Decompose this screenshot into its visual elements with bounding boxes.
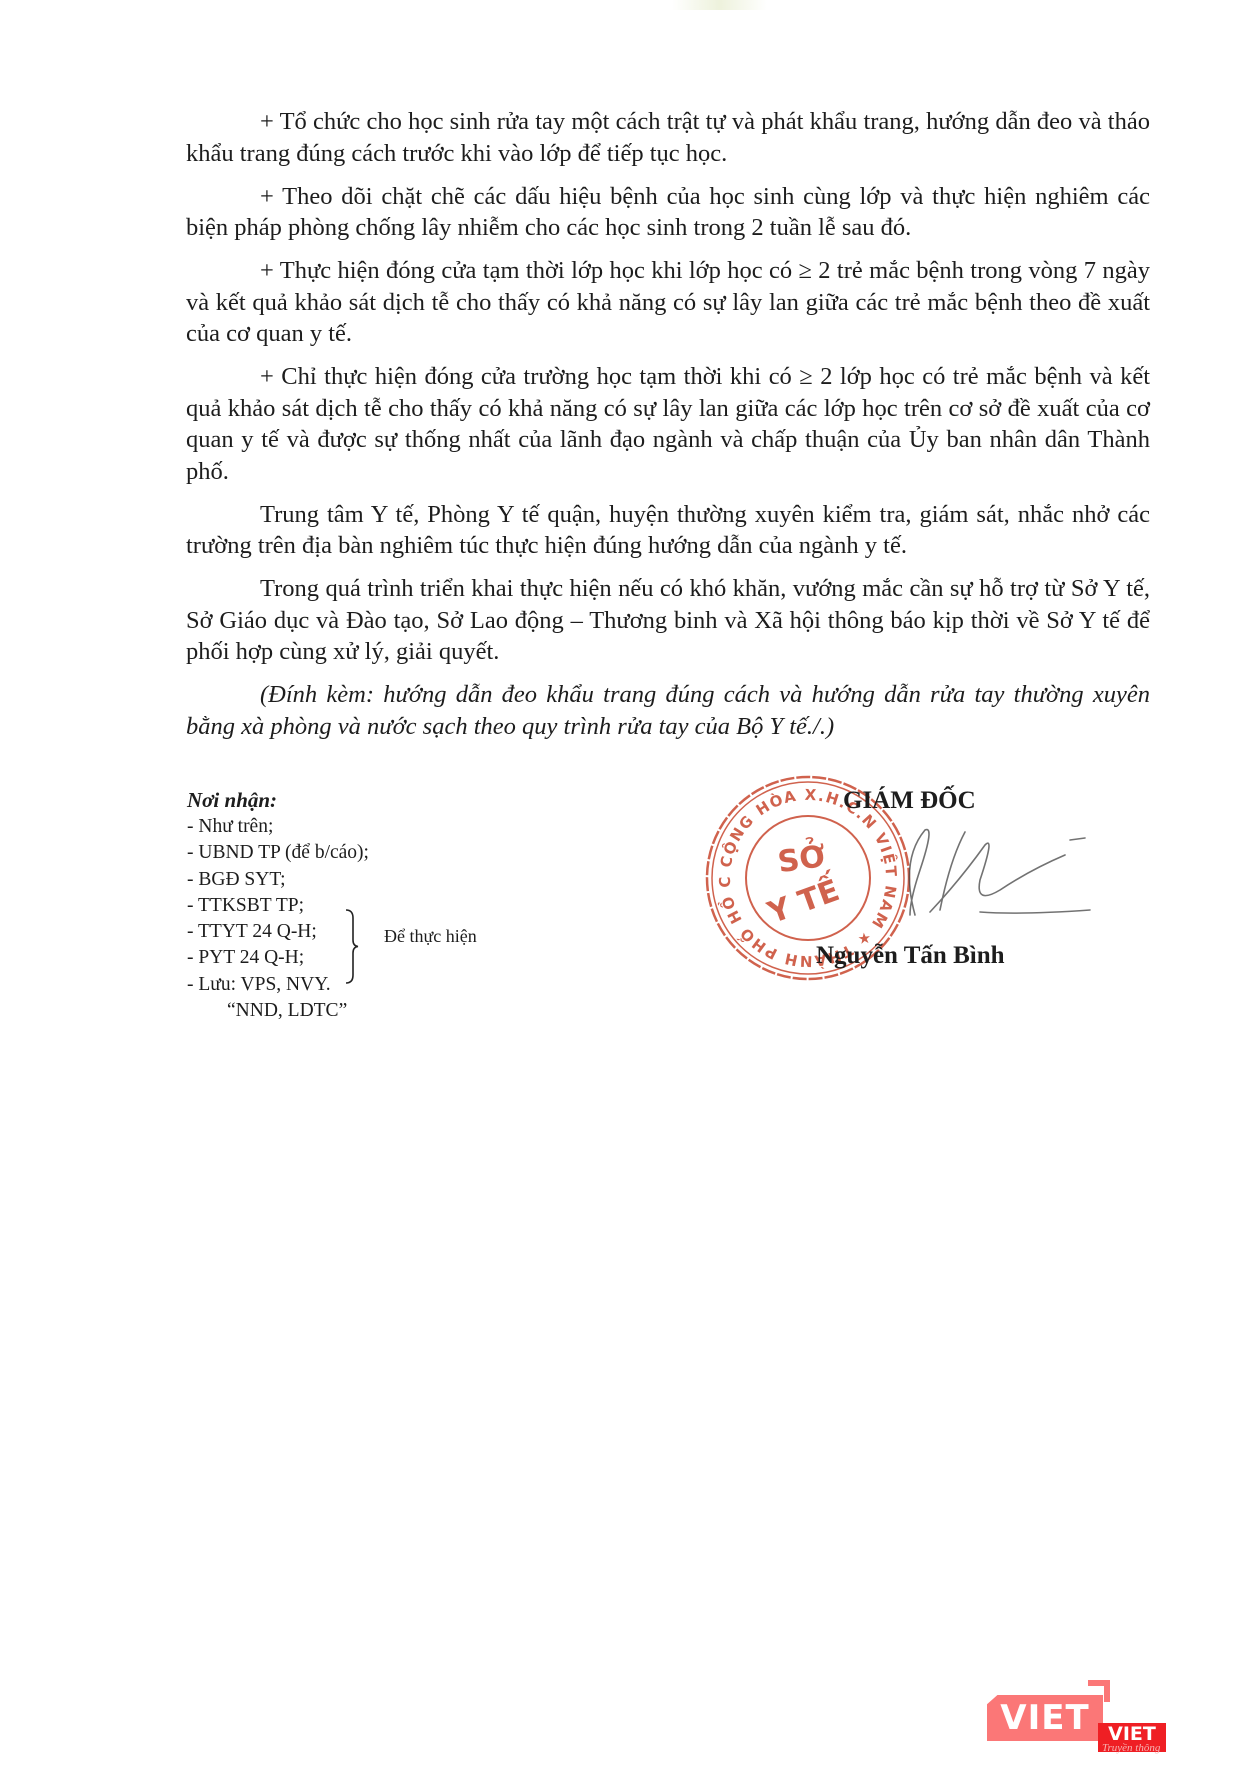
paragraph-inspection: Trung tâm Y tế, Phòng Y tế quận, huyện t… — [186, 499, 1150, 562]
stamp-center-line2: Y TẾ — [761, 868, 845, 931]
paragraph-monitoring: + Theo dõi chặt chẽ các dấu hiệu bệnh củ… — [186, 181, 1150, 244]
group-label: Để thực hiện — [384, 926, 477, 947]
paragraph-handwashing: + Tổ chức cho học sinh rửa tay một cách … — [186, 106, 1150, 169]
signer-name: Nguyễn Tấn Bình — [816, 942, 1005, 970]
logo-main-text: VIET — [987, 1695, 1103, 1741]
recipient-item: - Như trên; — [187, 814, 369, 840]
stamp-center-line1: SỞ — [775, 834, 828, 880]
recipients-block: Nơi nhận: - Như trên; - UBND TP (để b/cá… — [187, 786, 369, 1024]
recipient-item: - Lưu: VPS, NVY. — [187, 972, 369, 998]
paragraph-support: Trong quá trình triển khai thực hiện nếu… — [186, 573, 1150, 668]
handwritten-signature — [880, 820, 1100, 930]
paragraph-attachment: (Đính kèm: hướng dẫn đeo khẩu trang đúng… — [186, 679, 1150, 742]
document-body: + Tổ chức cho học sinh rửa tay một cách … — [186, 106, 1150, 754]
logo-small-subtitle: Truyền thông — [1102, 1742, 1160, 1754]
recipient-item: - TTYT 24 Q-H; — [187, 919, 369, 945]
recipient-item: - PYT 24 Q-H; — [187, 945, 369, 971]
paragraph-school-closure: + Chỉ thực hiện đóng cửa trường học tạm … — [186, 361, 1150, 487]
recipient-item: - TTKSBT TP; — [187, 893, 369, 919]
logo-small-badge: VIET Truyền thông — [1098, 1723, 1166, 1752]
paragraph-class-closure: + Thực hiện đóng cửa tạm thời lớp học kh… — [186, 255, 1150, 350]
scan-artifact — [672, 0, 767, 10]
recipient-item: - UBND TP (để b/cáo); — [187, 840, 369, 866]
vietnamnet-watermark-logo: VIET VIET Truyền thông — [985, 1680, 1170, 1755]
recipient-item: - BGĐ SYT; — [187, 867, 369, 893]
recipient-item: “NND, LDTC” — [187, 998, 369, 1024]
recipients-title: Nơi nhận: — [187, 786, 369, 814]
signer-title: GIÁM ĐỐC — [843, 787, 976, 815]
curly-brace-icon — [344, 908, 360, 985]
